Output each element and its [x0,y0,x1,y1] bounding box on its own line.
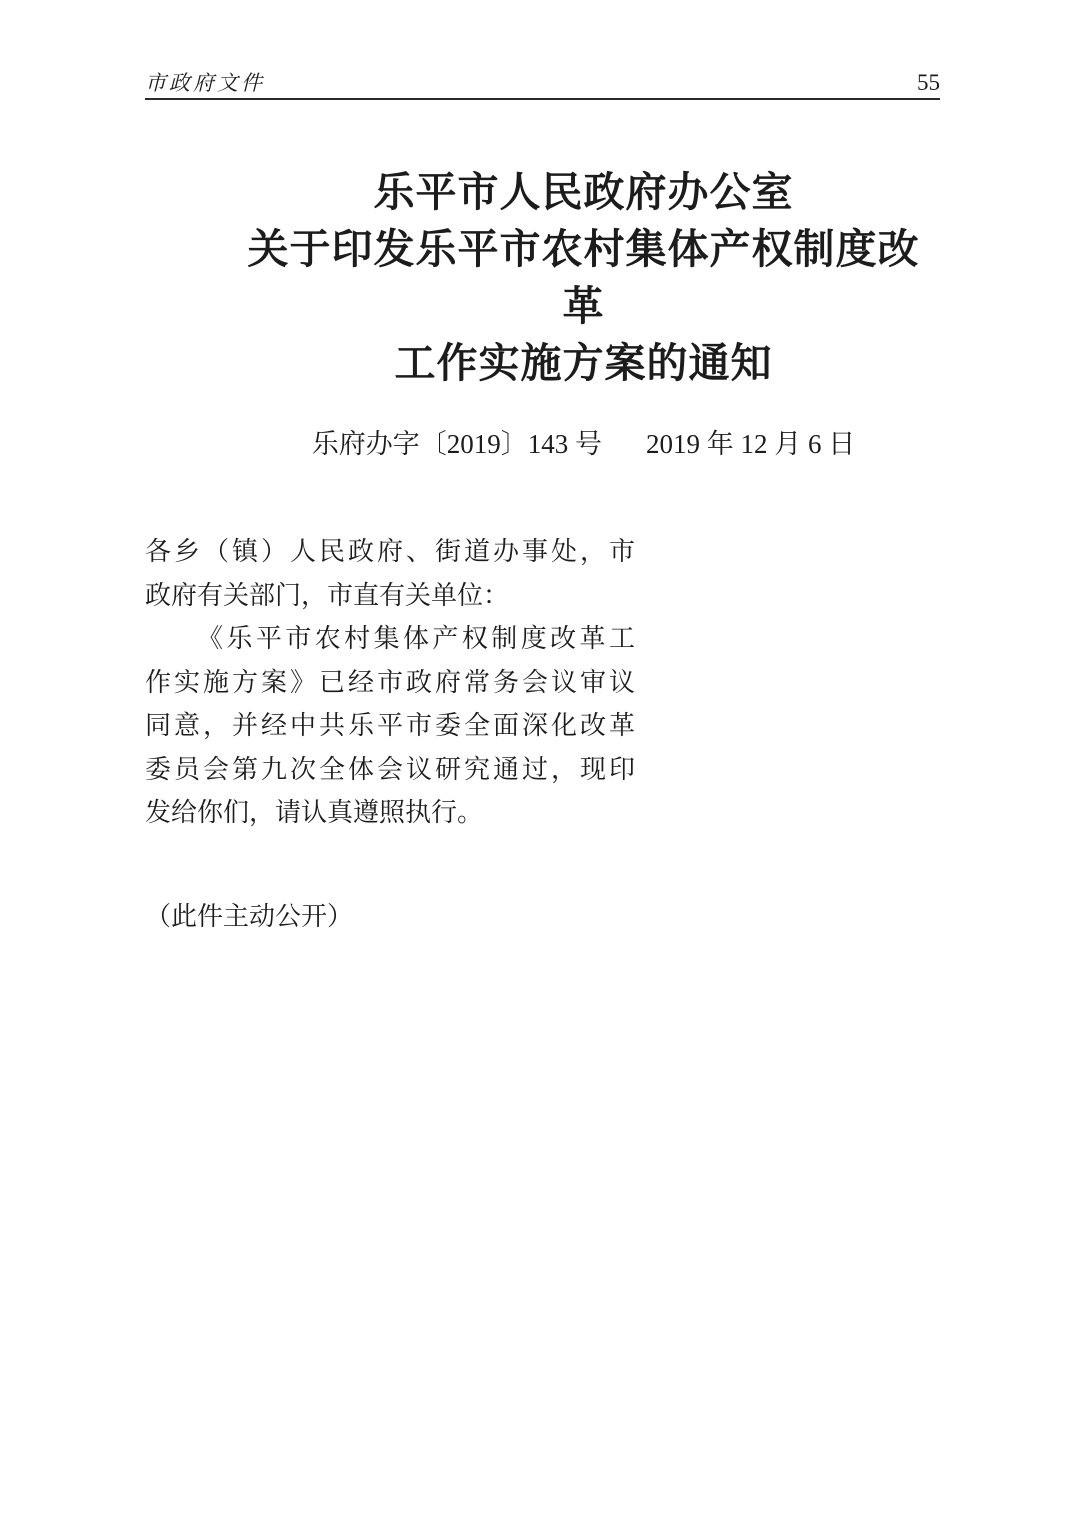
doc-date: 2019 年 12 月 6 日 [646,429,855,459]
publicity-note: （此件主动公开） [145,897,940,937]
body-text-line: 发给你们，请认真遵照执行。 [145,791,635,835]
document-page: 市政府文件 55 乐平市人民政府办公室关于印发乐平市农村集体产权制度改革工作实施… [0,0,1074,1520]
body-text-line: 同意，并经中共乐平市委全面深化改革 [145,704,635,748]
document-title-line: 关于印发乐平市农村集体产权制度改革 [227,221,940,335]
body-text-line: 委员会第九次全体会议研究通过，现印 [145,748,635,792]
body-text-line: 《乐平市农村集体产权制度改革工 [145,617,635,661]
page-header: 市政府文件 55 [145,70,940,100]
body-text-line: 作实施方案》已经市政府常务会议审议 [145,661,635,705]
body-text-line: 政府有关部门，市直有关单位： [145,574,635,618]
document-title-line: 工作实施方案的通知 [227,335,940,392]
page-number: 55 [917,70,940,96]
header-section-label: 市政府文件 [145,70,265,96]
page-content: 市政府文件 55 乐平市人民政府办公室关于印发乐平市农村集体产权制度改革工作实施… [0,70,1074,937]
doc-info-line: 乐府办字〔2019〕143 号2019 年 12 月 6 日 [145,425,940,464]
body-text: 各乡（镇）人民政府、街道办事处，市政府有关部门，市直有关单位：《乐平市农村集体产… [145,530,635,835]
doc-number: 乐府办字〔2019〕143 号 [312,429,602,459]
body-text-line: 各乡（镇）人民政府、街道办事处，市 [145,530,635,574]
document-title-line: 乐平市人民政府办公室 [227,164,940,221]
document-title: 乐平市人民政府办公室关于印发乐平市农村集体产权制度改革工作实施方案的通知 [145,164,940,392]
